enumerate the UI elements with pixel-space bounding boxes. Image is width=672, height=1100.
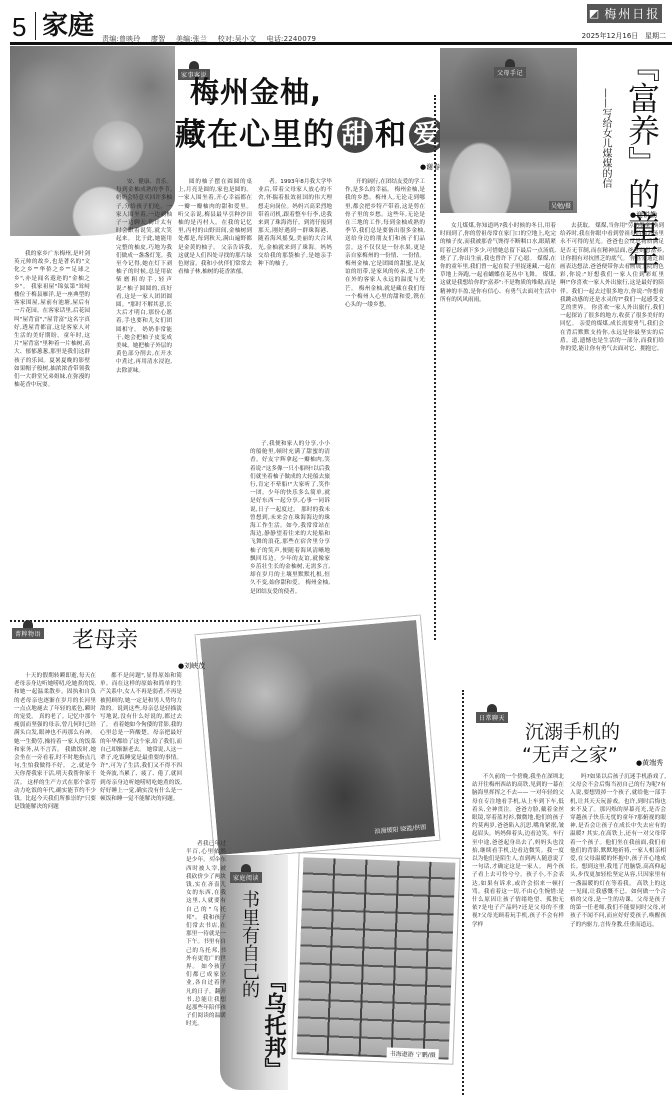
section-tag-parent-notes: 父母手记: [494, 67, 526, 78]
right-subheadline: ——写给女儿煤煤的信: [600, 88, 610, 188]
mother-article-col1: 十天的假期转瞬即逝,每天在老母亲身边听她唠叨,吃她煮的饭,和她一起温柔散步。固执…: [14, 672, 96, 1097]
main-article-col2: 安、健康、喜乐。每到金柚成熟的季节,奶奶会特意买回许多柚子,分给孩子们吃。一家人…: [96, 178, 172, 598]
masthead-rule: [10, 42, 672, 45]
weekday: 星期二: [645, 32, 666, 40]
date: 2025年12月16日: [582, 32, 639, 40]
photo-credit: 浪漫缓阳 晓霞/供图: [374, 822, 427, 835]
right-article-col1: 女儿煤煤,你知道吗?我小时候的冬日,用着时间到了,你的曾祖母常在家门口的空地上,…: [440, 222, 556, 682]
main-headline-line2: 藏在心里的 甜 和 爱: [175, 117, 447, 153]
newspaper-name: 梅州日报: [604, 5, 660, 22]
page-separator: [35, 12, 36, 40]
right-article-col2: 去获取。 煤煤,当你用"劳动墨童"换到给养时,我在你眼中看到曾祖母的柚条汤里永不…: [560, 222, 664, 682]
section-tag-family-reading: 家庭阅读: [230, 872, 262, 883]
phone-dotted-divider: [462, 690, 464, 1095]
main-article-col3: 圆的柚子摆在圆圆的桌上,月亮是圆的,家也是圆的。一家人围坐着,开心幸福都在一瓣一…: [178, 178, 252, 598]
books-headline-line2: 『乌托邦』: [262, 970, 284, 1080]
masthead: 5 家庭 责编:曾映玲 廖智 美编:张兰 校对:吴小文 电话:2240079 ◩…: [0, 0, 672, 44]
main-dotted-divider: [434, 95, 436, 640]
books-article-col1: 者我已年过半百,心里依然是少年。买个东西时被人宰,被我砍价少了两块钱,实在吝啬儿…: [186, 840, 226, 1095]
phone-article-col1: 不久前的一个傍晚,我坐在深圳北站开往梅州西站的高铁,见到的一幕在脑海里挥挥之不去…: [472, 773, 564, 1098]
bookshelf-columns: [297, 857, 456, 1059]
mother-headline: 老母亲: [72, 630, 138, 652]
issue-date: 2025年12月16日 星期二: [582, 31, 666, 41]
mother-article-col2: 都不是问题",显得原始和简单。而在这样的原始和简单的生产关系中,女人不再是弱者,…: [100, 672, 182, 1097]
headline-circle-sweet: 甜: [337, 117, 373, 153]
page-number: 5: [12, 14, 26, 40]
phone-article-col2: 吗?如果以后孩子沉迷手机游戏了,父母会不会后悔当初自己的行为呢?有人说,要想毁掉…: [570, 773, 666, 1098]
woman-reading-photo: 浪漫缓阳 晓霞/供图: [196, 616, 440, 860]
headline-prefix: 藏在心里的: [175, 120, 335, 151]
phone-headline-line1: 沉溺手机的: [525, 723, 620, 742]
phone-headline-line2: “无声之家”: [522, 746, 618, 765]
mid-dotted-divider: [10, 620, 320, 622]
main-article-col5: 子,我便和家人的分享,小小的船舱里,顿时充满了甜蜜的清香。好友宇辉拿起一瓣柚肉,…: [250, 440, 330, 600]
section-tag-essay: 菁粹物语: [12, 628, 44, 639]
bookshelf-photo: 书海遨游 宁鹏/摄: [292, 853, 459, 1063]
headline-mid: 和: [375, 120, 407, 151]
photo-credit: 书海遨游 宁鹏/摄: [387, 1047, 439, 1060]
newspaper-logo: ◩ 梅州日报: [587, 4, 662, 23]
books-headline-line1: 书里有自己的: [240, 890, 258, 998]
main-article-col6: 开的阔行,在团结友爱的学工作,是多么的幸福。 梅州金柚,是我的乡愁。梅州人,无论…: [345, 178, 425, 598]
newspaper-logo-icon: ◩: [589, 7, 601, 20]
mother-author: ●刘峡茂: [178, 661, 205, 671]
phone-author: ●黄端秀: [636, 758, 663, 768]
photo-credit: 吴勉/摄: [549, 201, 573, 210]
section-title: 家庭: [42, 13, 94, 39]
right-author: ●谢锐勤: [630, 210, 657, 220]
main-article-col1: 我的家乡广东梅州,是叶剑英元帅的故乡,也是著名的"文化之乡""华侨之乡""足球之…: [14, 250, 90, 600]
section-tag-daily-chat: 日常聊天: [476, 712, 508, 723]
main-headline-line1: 梅州金柚,: [190, 78, 322, 107]
